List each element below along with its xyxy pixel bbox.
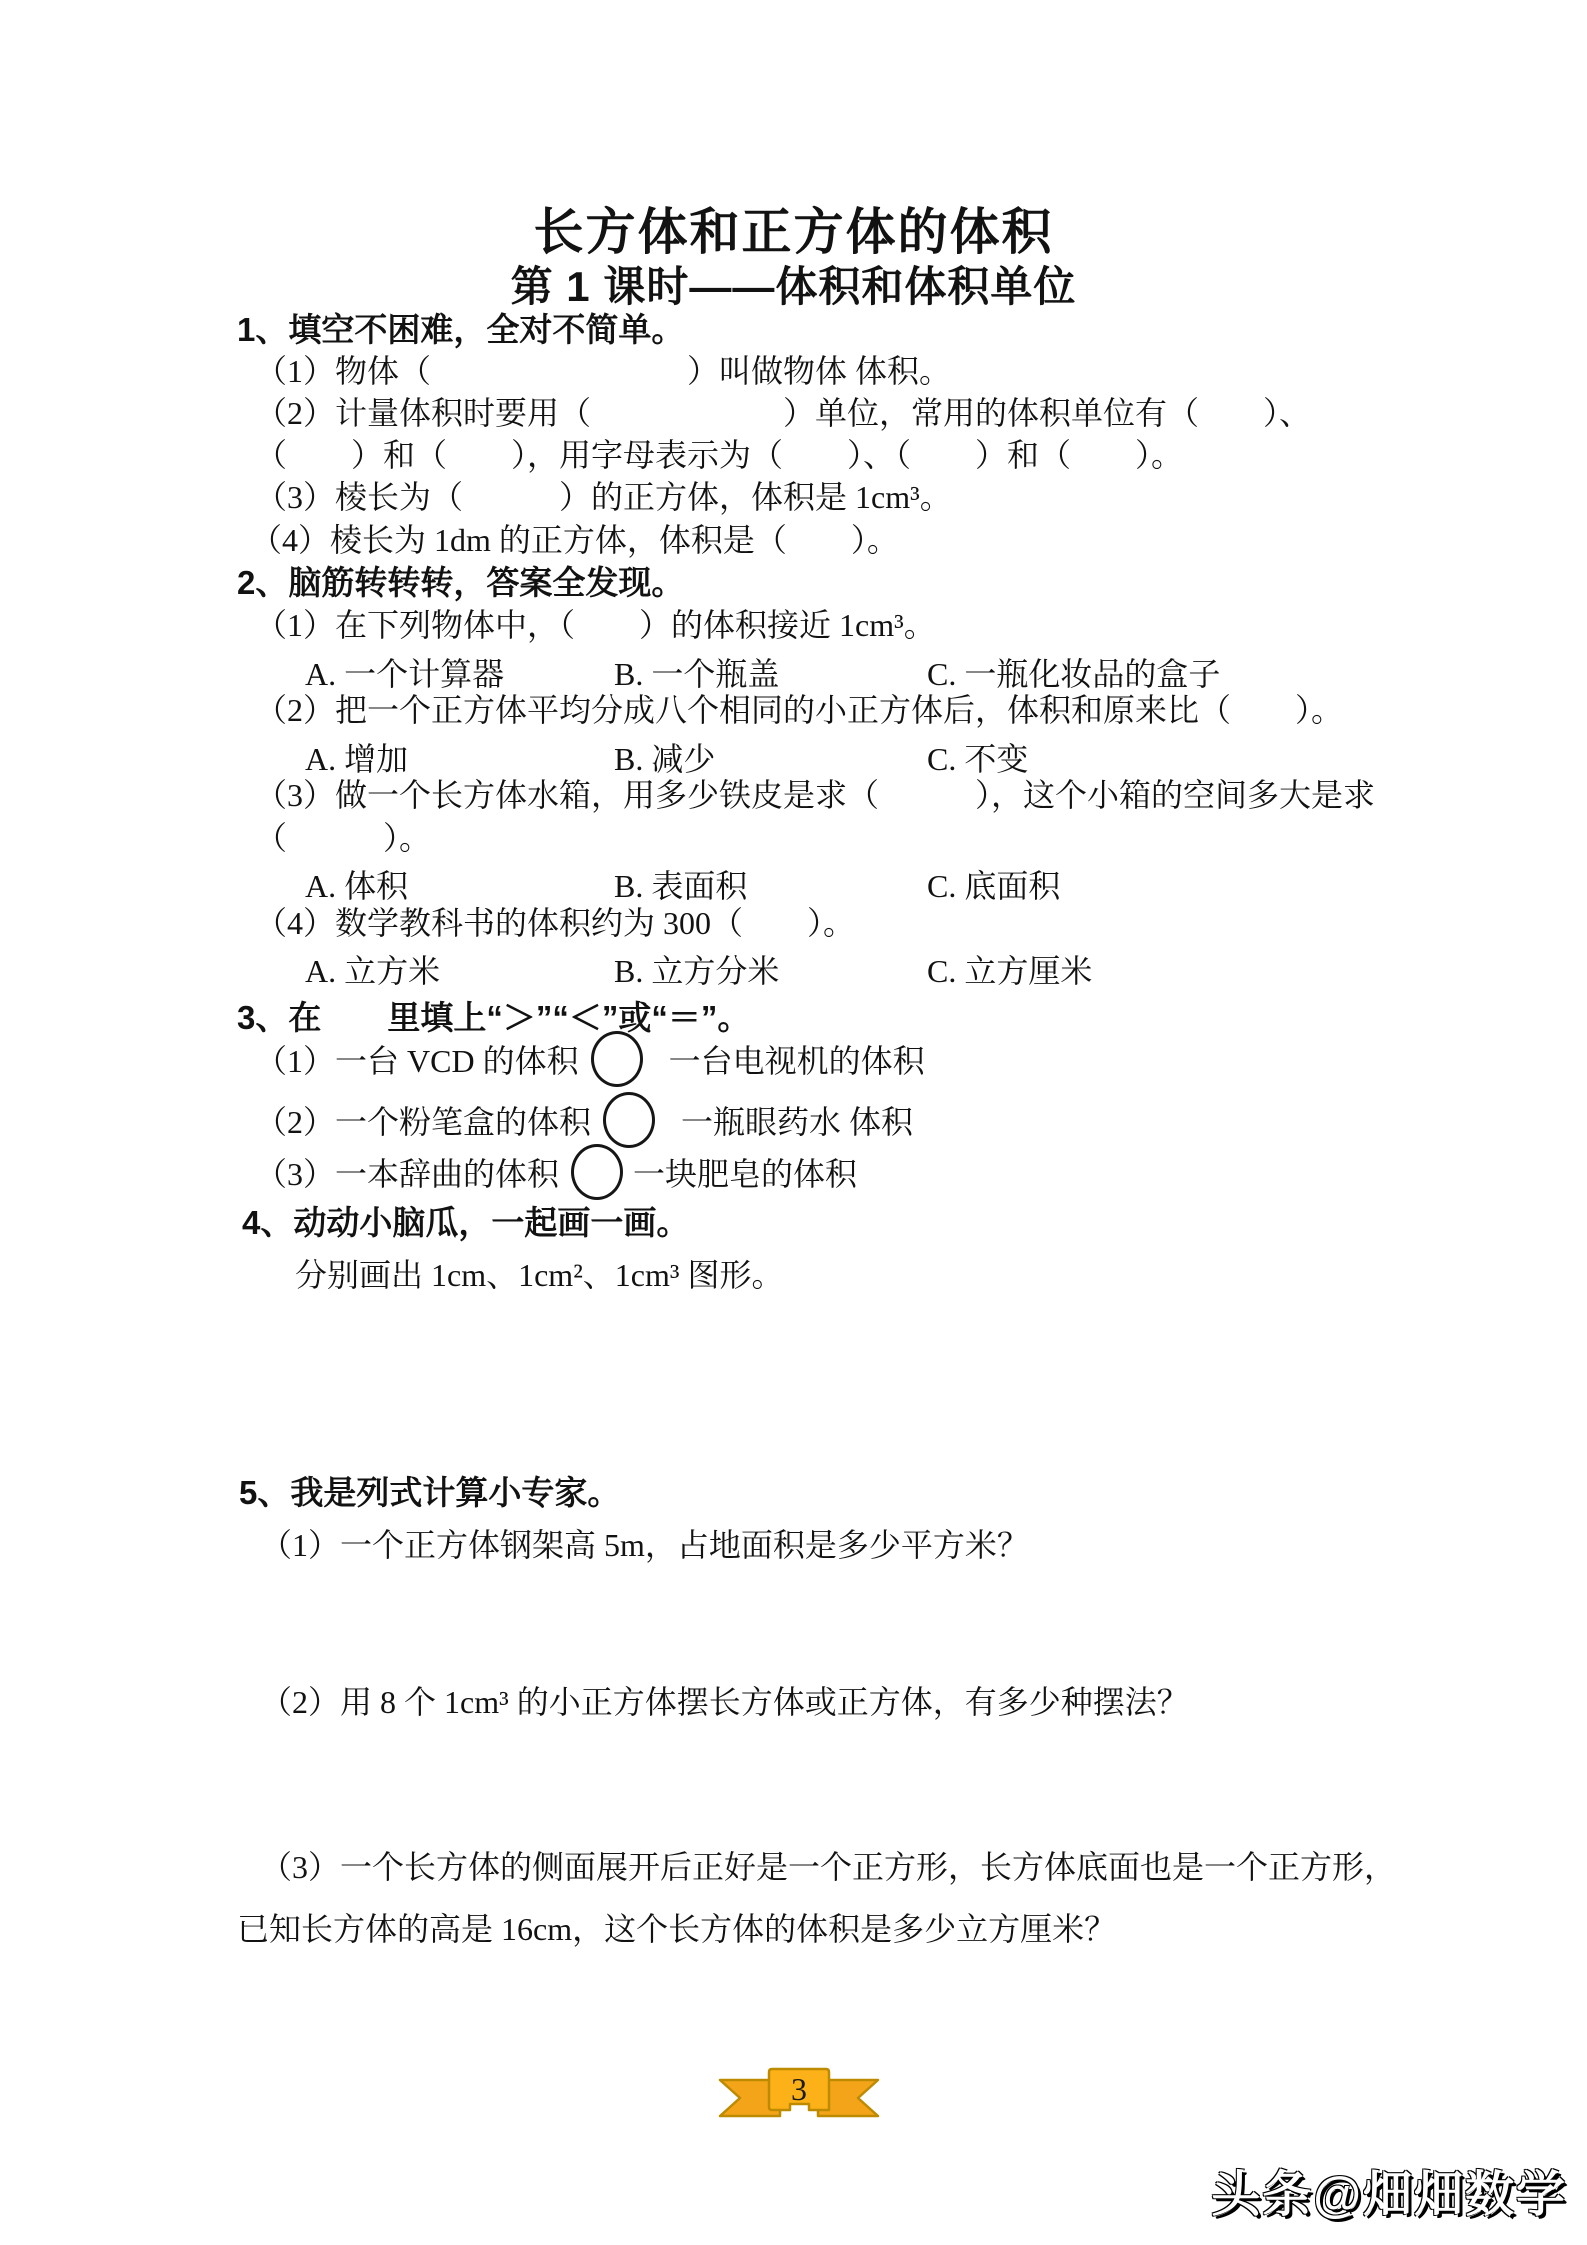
q2-item-1-options: A. 一个计算器 B. 一个瓶盖 C. 一瓶化妆品的盒子 <box>0 649 1587 689</box>
q2-item4-option-b: B. 立方分米 <box>614 946 779 992</box>
q1-item-4: （4）棱长为 1dm 的正方体，体积是（ ）。 <box>250 521 899 559</box>
q4-item-1: 分别画出 1cm、1cm²、1cm³ 图形。 <box>295 1256 783 1294</box>
q2-item-3-line2: （ ）。 <box>255 819 431 857</box>
q4-heading: 4、动动小脑瓜，一起画一画。 <box>242 1203 689 1243</box>
q2-item-2-options: A. 增加 B. 减少 C. 不变 <box>0 734 1587 774</box>
q3-item3-right-text: 一块肥皂的体积 <box>633 1149 857 1195</box>
q3-item1-left-text: （1）一台 VCD 的体积 <box>255 1036 579 1082</box>
q5-item-3-line1: （3）一个长方体的侧面展开后正好是一个正方形，长方体底面也是一个正方形， <box>260 1848 1396 1886</box>
q2-item2-option-a: A. 增加 <box>305 734 408 780</box>
q2-item-2: （2）把一个正方体平均分成八个相同的小正方体后，体积和原来比（ ）。 <box>255 691 1343 729</box>
page-subtitle: 第 1 课时——体积和体积单位 <box>0 254 1587 314</box>
q5-item-1: （1）一个正方体钢架高 5m，占地面积是多少平方米？ <box>260 1526 1029 1564</box>
q2-item3-option-c: C. 底面积 <box>927 861 1060 907</box>
q2-item4-option-a: A. 立方米 <box>305 946 440 992</box>
worksheet-page: 长方体和正方体的体积 第 1 课时——体积和体积单位 1、填空不困难，全对不简单… <box>0 0 1587 2245</box>
q2-item-4: （4）数学教科书的体积约为 300（ ）。 <box>255 904 855 942</box>
q3-item3-left-text: （3）一本辞曲的体积 <box>255 1149 559 1195</box>
q3-item-3: （3）一本辞曲的体积 一块肥皂的体积 <box>255 1143 857 1201</box>
q2-item1-option-a: A. 一个计算器 <box>305 649 504 695</box>
q2-item2-option-b: B. 减少 <box>614 734 715 780</box>
q2-item3-option-b: B. 表面积 <box>614 861 747 907</box>
q5-item1-work-area <box>237 1570 1437 1670</box>
q2-item-1: （1）在下列物体中，（ ）的体积接近 1cm³。 <box>255 606 936 644</box>
q2-item1-option-b: B. 一个瓶盖 <box>614 649 779 695</box>
q1-item-2-line2: （ ）和（ ），用字母表示为（ ）、（ ）和（ ）。 <box>255 436 1183 474</box>
q2-item3-option-a: A. 体积 <box>305 861 408 907</box>
q5-item-3-line2: 已知长方体的高是 16cm，这个长方体的体积是多少立方厘米？ <box>237 1910 1116 1948</box>
page-number: 3 <box>791 2071 807 2107</box>
page-number-ribbon: 3 <box>714 2064 884 2128</box>
q2-item-4-options: A. 立方米 B. 立方分米 C. 立方厘米 <box>0 946 1587 986</box>
q2-item1-option-c: C. 一瓶化妆品的盒子 <box>927 649 1220 695</box>
q1-item-1: （1）物体（ ）叫做物体 体积。 <box>255 352 951 390</box>
q2-item4-option-c: C. 立方厘米 <box>927 946 1092 992</box>
q2-item-3-options: A. 体积 B. 表面积 C. 底面积 <box>0 861 1587 901</box>
q5-item-2: （2）用 8 个 1cm³ 的小正方体摆长方体或正方体，有多少种摆法？ <box>260 1683 1189 1721</box>
q5-heading: 5、我是列式计算小专家。 <box>239 1473 620 1513</box>
q4-drawing-area <box>237 1300 1437 1460</box>
answer-circle-2 <box>603 1092 655 1148</box>
q2-heading: 2、脑筋转转转，答案全发现。 <box>237 563 684 603</box>
answer-circle-1 <box>591 1031 643 1087</box>
q3-item2-right-text: 一瓶眼药水 体积 <box>681 1097 913 1143</box>
answer-circle-3 <box>571 1144 623 1200</box>
q3-item-1: （1）一台 VCD 的体积 一台电视机的体积 <box>255 1030 925 1088</box>
watermark-text: 头条@畑畑数学 <box>1211 2156 1567 2226</box>
q3-item1-right-text: 一台电视机的体积 <box>669 1036 925 1082</box>
q5-item2-work-area <box>237 1730 1437 1830</box>
q3-item-2: （2）一个粉笔盒的体积 一瓶眼药水 体积 <box>255 1091 913 1149</box>
q2-item2-option-c: C. 不变 <box>927 734 1028 780</box>
q2-item-3-line1: （3）做一个长方体水箱，用多少铁皮是求（ ），这个小箱的空间多大是求 <box>255 776 1375 814</box>
q3-item2-left-text: （2）一个粉笔盒的体积 <box>255 1097 591 1143</box>
q1-heading: 1、填空不困难，全对不简单。 <box>237 310 684 350</box>
q1-item-3: （3）棱长为（ ）的正方体，体积是 1cm³。 <box>255 478 952 516</box>
q1-item-2-line1: （2）计量体积时要用（ ）单位，常用的体积单位有（ ）、 <box>255 394 1311 432</box>
